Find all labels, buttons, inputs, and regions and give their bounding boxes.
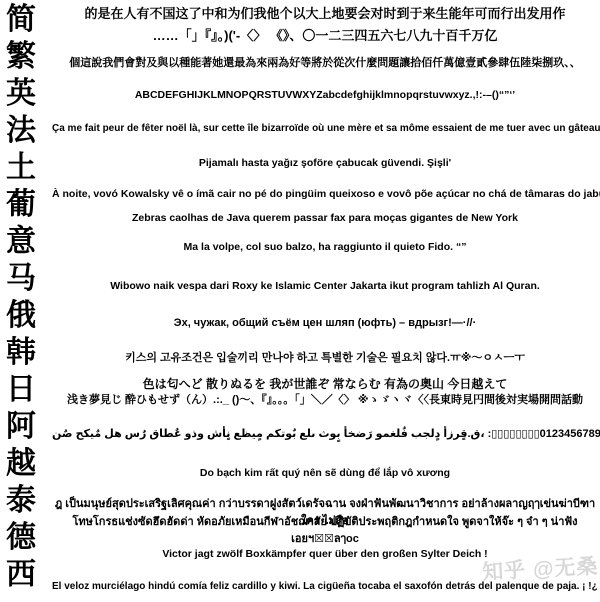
lang-label-arabic: 阿: [6, 412, 50, 442]
japanese-line-2: 浅き夢見じ 酔ひもせず（ん）.:._ ()〜、『』。。。「」＼／〈〉 ※ゝゞヽヾ…: [52, 394, 598, 408]
arabic-line: نصٌ حكيمٌ له سرٌ قاطعٌ وذو شأنٍ عظيمٍ مك…: [52, 428, 598, 442]
portuguese-line-1: À noite, vovó Kowalsky vê o ímã cair no …: [52, 188, 598, 201]
simplified-chinese-line-1: 的是在人有不国这了中和为们我他个以大上地要会对时到于来生能年可而行出发用作: [52, 6, 598, 22]
turkish-line: Pijamalı hasta yağız şoföre çabucak güve…: [52, 157, 598, 170]
lang-label-malay: 马: [6, 264, 50, 294]
thai-line-2: โทษโกรธแช่งซัดฮึดฮัดด่า หัดอภัยเหมือนกีฬ…: [52, 514, 598, 548]
traditional-chinese-line: 個這說我們會對及與以種能著她還最為來兩為好等將於從次什麼問題讓拾佰仟萬億壹貳參肆…: [52, 57, 598, 71]
japanese-line-1: 色は匂へど 散りぬるを 我が世誰ぞ 常ならむ 有為の奥山 今日越えて: [52, 377, 598, 392]
lang-label-portuguese: 葡: [6, 190, 50, 220]
portuguese-line-2: Zebras caolhas de Java querem passar fax…: [52, 212, 598, 225]
russian-line: Эх, чужак, общий съём цен шляп (юфть) – …: [52, 317, 598, 331]
french-line: Ça me fait peur de fêter noël là, sur ce…: [52, 123, 598, 136]
lang-label-french: 法: [6, 116, 50, 146]
lang-label-korean: 韩: [6, 338, 50, 368]
lang-label-italian: 意: [6, 227, 50, 257]
lang-label-thai: 泰: [6, 486, 50, 516]
korean-line: 키스의 고유조건은 입술끼리 만나야 하고 특별한 기술은 필요치 않다.ㅠ※〜…: [52, 352, 598, 366]
language-label-column: 简 繁 英 法 土 葡 意 马 俄 韩 日 阿 越 泰 德 西: [6, 0, 50, 602]
lang-label-turkish: 土: [6, 153, 50, 183]
zhihu-watermark: 知乎 @无桑: [481, 550, 599, 586]
lang-label-simplified: 简: [6, 5, 50, 35]
font-specimen-sheet: 简 繁 英 法 土 葡 意 马 俄 韩 日 阿 越 泰 德 西 的是在人有不国这…: [0, 0, 600, 602]
lang-label-japanese: 日: [6, 375, 50, 405]
lang-label-russian: 俄: [6, 301, 50, 331]
lang-label-english: 英: [6, 79, 50, 109]
lang-label-traditional: 繁: [6, 42, 50, 72]
lang-label-vietnamese: 越: [6, 449, 50, 479]
simplified-chinese-punct-line: ……「」『』。)('-〈〉 《》、〇一二三四五六七八九十百千万亿: [52, 28, 598, 44]
lang-label-spanish: 西: [6, 560, 50, 590]
malay-line: Wibowo naik vespa dari Roxy ke Islamic C…: [52, 280, 598, 293]
english-alphabet-line: ABCDEFGHIJKLMNOPQRSTUVWXYZabcdefghijklmn…: [52, 89, 598, 102]
vietnamese-line: Do bạch kim rất quý nên sẽ dùng để lắp v…: [52, 467, 598, 480]
italian-line: Ma la volpe, col suo balzo, ha raggiunto…: [52, 241, 598, 254]
lang-label-german: 德: [6, 523, 50, 553]
